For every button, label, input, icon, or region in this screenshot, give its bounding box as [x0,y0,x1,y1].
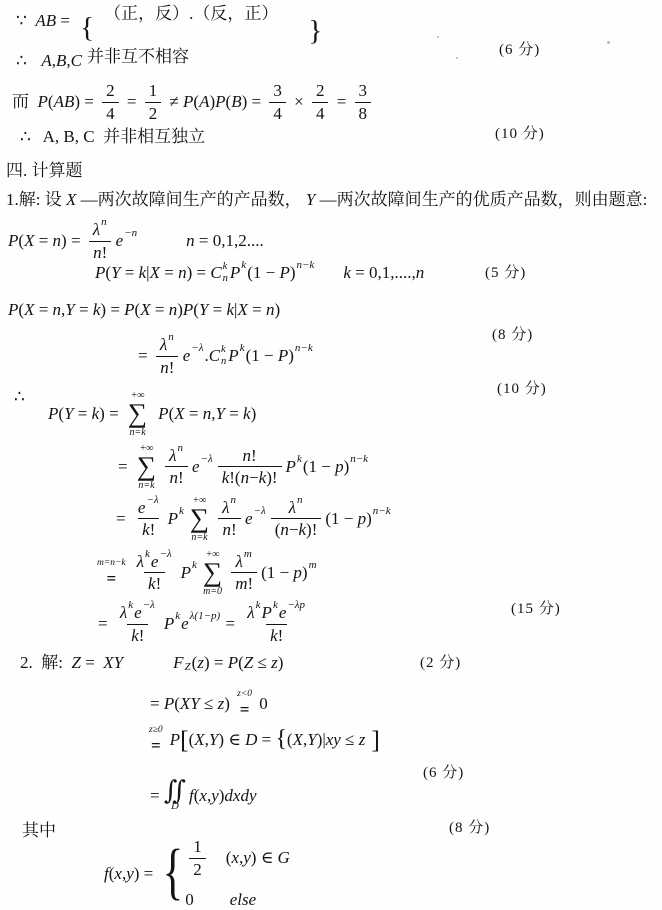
formula-line-not-exclusive: ∴ A,B,C并非互不相容 [16,50,189,71]
scan-artifact [437,36,439,38]
score-mark-5: (5 分) [485,261,526,282]
formula-pxy-case2: z≥0=P[(X,Y) ∈ D = {(X,Y)|xy ≤ z] [146,726,380,754]
formula-final-result: = λke−λk!Pkeλ(1−p) = λkPke−λpk! [98,602,314,646]
formula-double-integral: = ∬Df(x,y)dxdy [150,778,257,813]
problem1-setup: 1.解: 设 X —两次故障间生产的产品数， Y —两次故障间生产的优质产品数，… [6,189,647,210]
formula-pxn: P(X = n) = λnn!e−nn = 0,1,2.... [8,219,264,263]
label-qizhong: 其中 [22,820,56,841]
document-page: ∵ AB = {（正，反）.（反，正）} ∴ A,B,C并非互不相容 而 P(A… [0,0,662,910]
formula-joint-expanded: = λnn!e−λ.CknPk(1 − P)n−k [138,334,314,378]
score-mark-8b: (8 分) [449,816,490,837]
score-mark-15: (15 分) [511,597,561,618]
formula-factored: = e−λk!Pk+∞∑n=kλnn!e−λλn(n−k)!(1 − p)n−k [116,495,392,543]
formula-line-not-independent: ∴ A, B, C 并非相互独立 [20,126,205,147]
score-mark-8a: (8 分) [492,323,533,344]
formula-density-piecewise: f(x,y) = {12(x,y) ∈ G0else [104,836,290,910]
scan-artifact [607,41,610,44]
formula-pyk-given-xn: P(Y = k|X = n) = CknPk(1 − P)n−kk = 0,1,… [95,261,424,285]
formula-pxy-case1: = P(XY ≤ z) z<0= 0 [150,690,268,718]
therefore-symbol: ∴ [14,386,25,407]
section-title-4: 四. 计算题 [6,160,83,181]
score-mark-10b: (10 分) [497,377,547,398]
score-mark-10a: (10 分) [495,122,545,143]
score-mark-2: (2 分) [420,651,461,672]
formula-line-pab: 而 P(AB) = 24 = 12 ≠ P(A)P(B) = 34 × 24 =… [12,80,375,124]
formula-pyk-sum: P(Y = k) = +∞∑n=kP(X = n,Y = k) [48,390,256,438]
formula-substitution: m=n−k=λke−λk!Pk+∞∑m=0λmm!(1 − p)m [94,549,318,597]
problem2-setup: 2. 解: Z = XYFZ(z) = P(Z ≤ z) [20,652,283,673]
formula-joint: P(X = n,Y = k) = P(X = n)P(Y = k|X = n) [8,299,280,320]
formula-sum-expanded: = +∞∑n=kλnn!e−λn!k!(n−k)!Pk(1 − p)n−k [118,443,369,491]
score-mark-6b: (6 分) [423,761,464,782]
formula-line-ab-set: ∵ AB = {（正，反）.（反，正）} [16,10,322,32]
scan-artifact [456,57,458,59]
score-mark-6a: (6 分) [499,38,540,59]
